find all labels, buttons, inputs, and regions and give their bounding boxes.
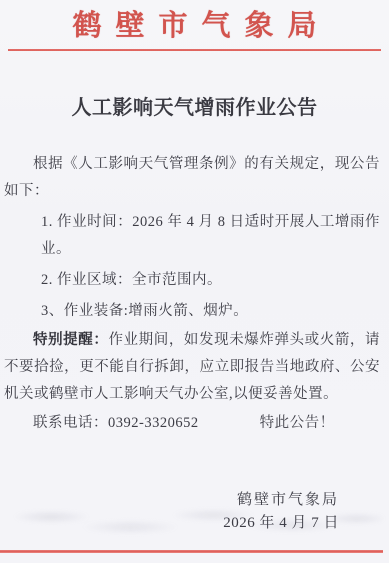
document-body: 根据《人工影响天气管理条例》的有关规定，现公告如下： 1. 作业时间：2026 … (0, 151, 389, 535)
closing-phrase: 特此公告！ (231, 410, 335, 437)
contact-phone: 联系电话：0392-3320652 (33, 415, 199, 431)
letterhead-org-name: 鹤壁市气象局 (0, 0, 389, 43)
list-item-operation-time: 1. 作业时间：2026 年 4 月 8 日适时开展人工增雨作业。 (41, 209, 380, 263)
list-item-operation-equipment: 3、作业装备:增雨火箭、烟炉。 (41, 298, 380, 325)
list-item-operation-area: 2. 作业区域：全市范围内。 (41, 267, 380, 294)
contact-line: 联系电话：0392-3320652特此公告！ (4, 410, 380, 437)
special-notice-paragraph: 特别提醒：作业期间，如发现未爆炸弹头或火箭，请不要拾捡，更不能自行拆卸，应立即报… (4, 327, 380, 408)
scanned-notice-page: 鹤壁市气象局 人工影响天气增雨作业公告 根据《人工影响天气管理条例》的有关规定，… (0, 0, 389, 563)
blurred-footer-scan-artifact (6, 505, 383, 539)
document-title: 人工影响天气增雨作业公告 (0, 96, 389, 120)
special-notice-label: 特别提醒： (33, 332, 108, 348)
intro-paragraph: 根据《人工影响天气管理条例》的有关规定，现公告如下： (4, 151, 380, 205)
letterhead-divider (8, 49, 381, 51)
footer-divider (0, 550, 383, 553)
